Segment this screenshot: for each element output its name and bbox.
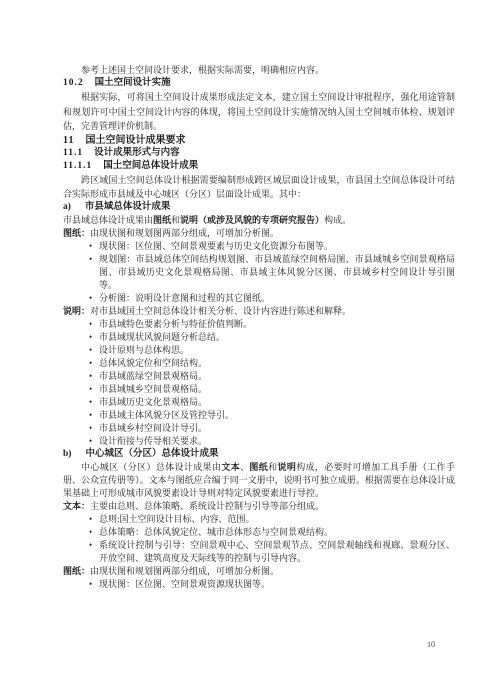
- bold-term: 说明: [278, 462, 297, 472]
- list-item: • 市县域特色要素分析与特征价值判断。: [63, 318, 455, 331]
- bullet-icon: •: [89, 370, 99, 383]
- bullet-icon: •: [89, 240, 99, 253]
- bold-term: 文本: [221, 462, 240, 472]
- section-number: 11.1: [63, 148, 83, 158]
- section-heading-10-2: 10.2国土空间设计实施: [63, 77, 455, 90]
- bullet-icon: •: [89, 344, 99, 357]
- lead-text: 主要由总则、总体策略、系统设计控制与引导等部分组成。: [90, 501, 324, 511]
- list-item: • 市县域乡村空间设计导引。: [63, 422, 455, 435]
- intro-paragraph: 参考上述国土空间设计要求，根据实际需要，明确相应内容。: [63, 64, 455, 77]
- bullet-icon: •: [89, 331, 99, 344]
- bullet-icon: •: [89, 526, 99, 539]
- document-page: 参考上述国土空间设计要求，根据实际需要，明确相应内容。 10.2国土空间设计实施…: [0, 0, 495, 700]
- section-heading-11-1-1: 11.1.1国土空间总体设计成果: [63, 160, 455, 173]
- item-label: b): [63, 449, 71, 459]
- list-item: • 现状图：区位图、空间景观资源现状图等。: [63, 578, 455, 591]
- lead-term: 文本：: [63, 501, 90, 511]
- text-segment: 构成。: [324, 215, 351, 225]
- bullet-icon: •: [89, 292, 99, 305]
- text-segment: 中心城区（分区）总体设计成果由: [81, 462, 221, 472]
- section-heading-11: 11国土空间设计成果要求: [63, 134, 455, 147]
- bullet-icon: •: [89, 357, 99, 370]
- list-item: • 市县域蓝绿空间景观格局。: [63, 370, 455, 383]
- lead-text: 由现状图和规划图两部分组成，可增加分析图。: [90, 566, 279, 576]
- bullet-icon: •: [89, 422, 99, 435]
- section-number: 10.2: [63, 78, 84, 88]
- drawings-lead-line-b: 图纸：由现状图和规划图两部分组成，可增加分析图。: [63, 565, 455, 578]
- bullet-icon: •: [89, 396, 99, 409]
- list-item: • 总则:国土空间设计目标、内容、范围。: [63, 513, 455, 526]
- section-heading-11-1: 11.1设计成果形式与内容: [63, 147, 455, 160]
- bullet-icon: •: [89, 578, 99, 591]
- lead-text: 由现状图和规划图两部分组成，可增加分析图。: [90, 228, 279, 238]
- list-item: • 市县域主体风貌分区及管控导引。: [63, 409, 455, 422]
- list-item: • 系统设计控制与引导：空间景观中心、空间景观节点、空间景观轴线和视廊、景观分区…: [63, 539, 455, 565]
- list-item: • 市县域城乡空间景观格局。: [63, 383, 455, 396]
- lead-term: 图纸：: [63, 566, 90, 576]
- lead-text: 对市县域国土空间总体设计相关分析、设计内容进行陈述和解释。: [90, 306, 351, 316]
- bullet-icon: •: [89, 383, 99, 396]
- section-title: 国土空间设计实施: [95, 78, 171, 88]
- bold-term: 图纸: [153, 215, 171, 225]
- list-item: • 设计原则与总体构思。: [63, 344, 455, 357]
- bullet-icon: •: [89, 318, 99, 331]
- section-title: 国土空间设计成果要求: [85, 135, 185, 146]
- bullet-icon: •: [89, 513, 99, 526]
- section-11-1-1-paragraph: 跨区域国土空间总体设计根据需要编制形成跨区域层面设计成果，市县国土空间总体设计可…: [63, 173, 455, 201]
- section-number: 11.1.1: [63, 161, 92, 171]
- list-item: • 现状图：区位图、空间景观要素与历史文化资源分布图等。: [63, 240, 455, 253]
- item-heading-b: b)中心城区（分区）总体设计成果: [63, 448, 455, 461]
- list-item: • 分析图：说明设计意图和过程的其它图纸。: [63, 292, 455, 305]
- item-title: 中心城区（分区）总体设计成果: [85, 449, 218, 459]
- item-label: a): [63, 202, 71, 212]
- lead-term: 图纸：: [63, 228, 90, 238]
- section-number: 11: [63, 135, 74, 146]
- list-item: • 总体风貌定位和空间结构。: [63, 357, 455, 370]
- text-segment: 和: [268, 462, 277, 472]
- text-lead-line-b: 文本：主要由总则、总体策略、系统设计控制与引导等部分组成。: [63, 500, 455, 513]
- section-title: 国土空间总体设计成果: [103, 161, 198, 171]
- item-b-paragraph: 中心城区（分区）总体设计成果由文本、图纸和说明构成，必要时可增加工具手册（工作手…: [63, 461, 455, 500]
- bold-term: 图纸: [249, 462, 268, 472]
- item-heading-a: a)市县域总体设计成果: [63, 201, 455, 214]
- text-segment: 和: [171, 215, 180, 225]
- list-item: • 规划图：市县域总体空间结构规划图、市县域蓝绿空间格局图、市县域城乡空间景观格…: [63, 253, 455, 292]
- drawings-lead-line-a: 图纸：由现状图和规划图两部分组成，可增加分析图。: [63, 227, 455, 240]
- item-a-intro-line: 市县域总体设计成果由图纸和说明（或涉及风貌的专项研究报告）构成。: [63, 214, 455, 227]
- text-segment: 市县域总体设计成果由: [63, 215, 153, 225]
- bullet-icon: •: [89, 253, 99, 292]
- bullet-icon: •: [89, 409, 99, 422]
- section-title: 设计成果形式与内容: [94, 148, 180, 158]
- bold-term: 说明（或涉及风貌的专项研究报告）: [180, 215, 324, 225]
- bullet-icon: •: [89, 435, 99, 448]
- list-item: • 总体策略：总体风貌定位、城市总体形态与空间景观结构。: [63, 526, 455, 539]
- list-item: • 设计衔接与传导相关要求。: [63, 435, 455, 448]
- bullet-icon: •: [89, 539, 99, 565]
- page-number: 10: [427, 640, 435, 649]
- list-item: • 市县域现状风貌问题分析总结。: [63, 331, 455, 344]
- lead-term: 说明：: [63, 306, 90, 316]
- notes-lead-line-a: 说明：对市县域国土空间总体设计相关分析、设计内容进行陈述和解释。: [63, 305, 455, 318]
- list-item: • 市县域历史文化景观格局。: [63, 396, 455, 409]
- section-10-2-paragraph: 根据实际，可将国土空间设计成果形成法定文本，建立国土空间设计审批程序，强化用途管…: [63, 90, 455, 134]
- item-title: 市县域总体设计成果: [85, 202, 171, 212]
